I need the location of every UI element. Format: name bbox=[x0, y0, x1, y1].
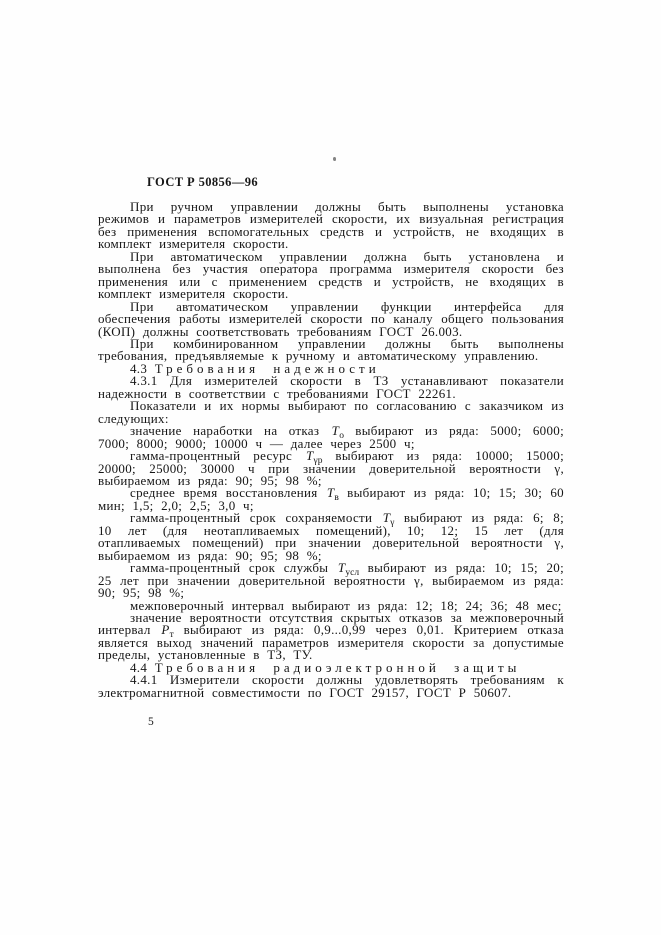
paragraph: гамма-процентный ресурс Тγр выбирают из … bbox=[98, 450, 564, 487]
symbol-subscript: усл bbox=[345, 568, 359, 578]
text-run: При автоматическом управлении должна быт… bbox=[98, 249, 564, 301]
document-page: ГОСТ Р 50856—96 При ручном управлении до… bbox=[0, 0, 661, 935]
document-body: При ручном управлении должны быть выполн… bbox=[98, 201, 564, 699]
paragraph: Показатели и их нормы выбирают по соглас… bbox=[98, 400, 564, 425]
paragraph: При автоматическом управлении должна быт… bbox=[98, 251, 564, 301]
symbol-subscript: в bbox=[334, 493, 339, 503]
text-run: При комбинированном управлении должны бы… bbox=[98, 336, 564, 363]
text-run: 4.3.1 Для измерителей скорости в ТЗ уста… bbox=[98, 373, 564, 400]
paragraph: значение вероятности отсутствия скрытых … bbox=[98, 612, 564, 662]
paragraph: При ручном управлении должны быть выполн… bbox=[98, 201, 564, 251]
page-number: 5 bbox=[148, 716, 154, 728]
symbol-subscript: γр bbox=[314, 456, 323, 466]
symbol-subscript: о bbox=[339, 431, 344, 441]
text-run: При автоматическом управлении функции ин… bbox=[98, 299, 564, 339]
text-run: Показатели и их нормы выбирают по соглас… bbox=[98, 398, 564, 425]
text-run: 4.4.1 Измерители скорости должны удовлет… bbox=[98, 672, 564, 699]
paragraph: 4.3.1 Для измерителей скорости в ТЗ уста… bbox=[98, 375, 564, 400]
symbol-subscript: т bbox=[170, 630, 174, 640]
running-header: ГОСТ Р 50856—96 bbox=[147, 175, 258, 190]
paragraph: При автоматическом управлении функции ин… bbox=[98, 301, 564, 338]
scan-artifact-dot bbox=[333, 157, 336, 161]
paragraph: гамма-процентный срок сохраняемости Тγ в… bbox=[98, 512, 564, 562]
symbol-subscript: γ bbox=[390, 518, 394, 528]
paragraph: 4.4.1 Измерители скорости должны удовлет… bbox=[98, 674, 564, 699]
paragraph: При комбинированном управлении должны бы… bbox=[98, 338, 564, 363]
text-run: При ручном управлении должны быть выполн… bbox=[98, 199, 564, 251]
paragraph: среднее время восстановления Тв выбирают… bbox=[98, 487, 564, 512]
paragraph: значение наработки на отказ То выбирают … bbox=[98, 425, 564, 450]
paragraph: гамма-процентный срок службы Тусл выбира… bbox=[98, 562, 564, 599]
